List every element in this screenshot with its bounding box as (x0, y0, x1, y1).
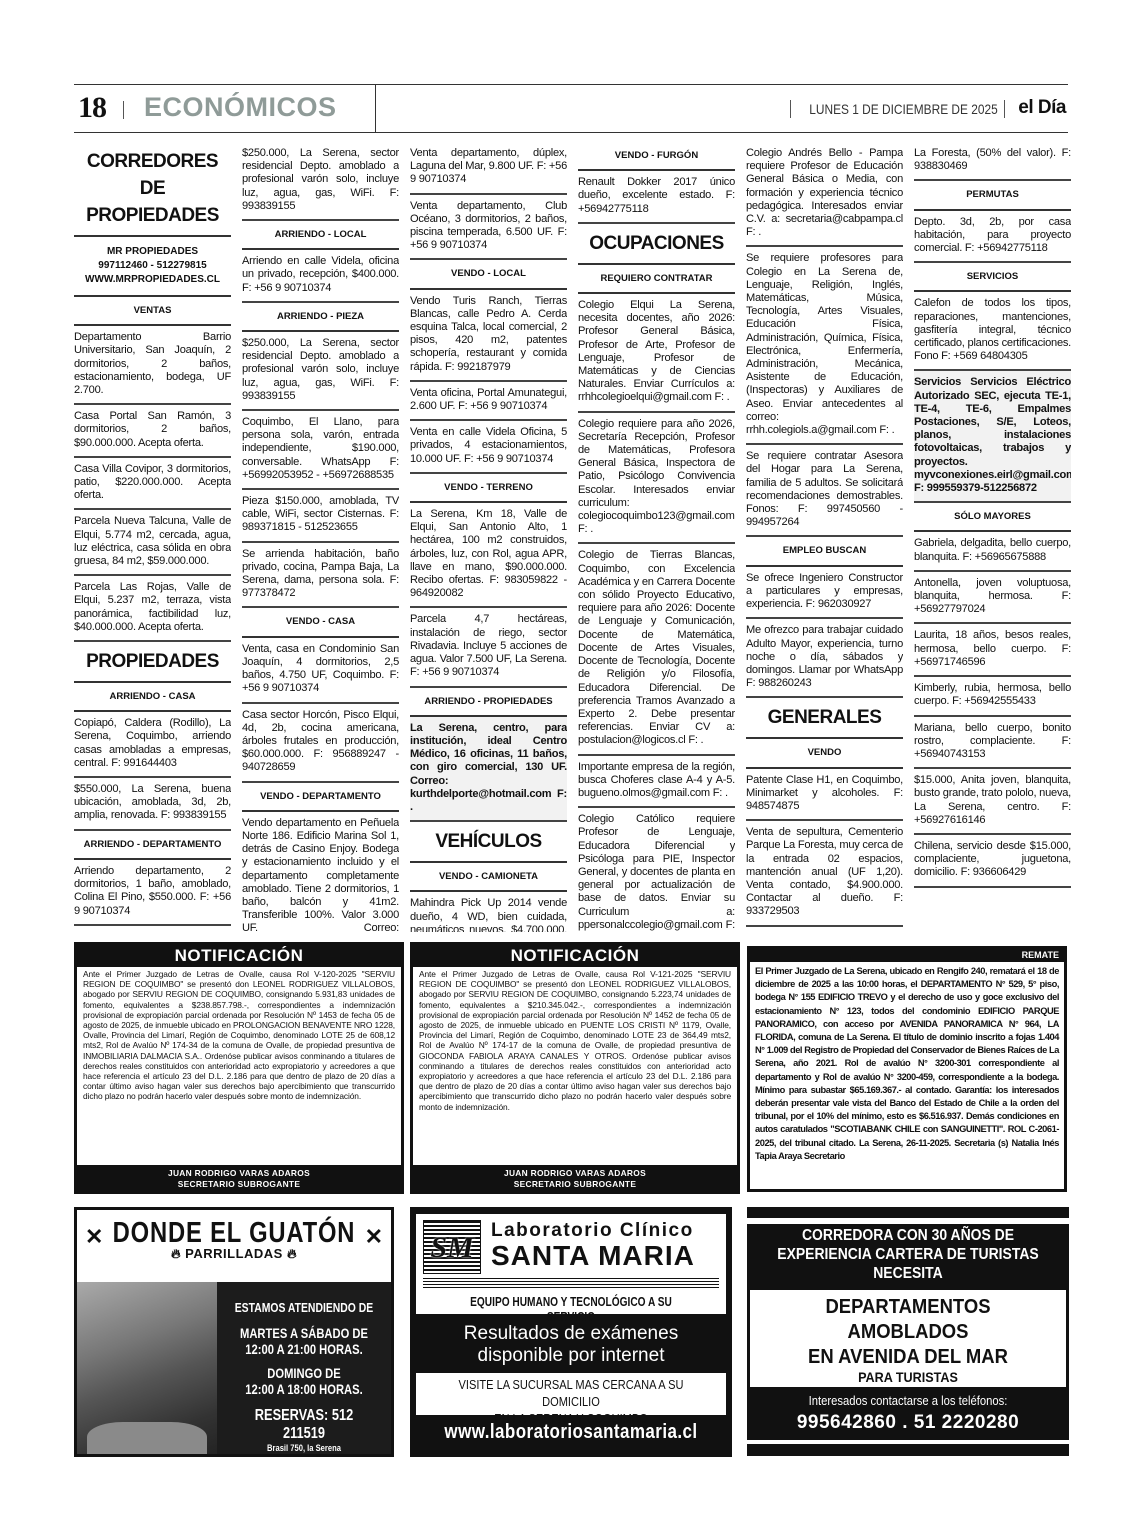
contact-phones: 995642860 . 51 2220280 (747, 1412, 1069, 1434)
crossed-utensils-icon: ✕ (365, 1224, 383, 1250)
classified-ad: Venta, casa en Condominio San Joaquín, 4… (242, 638, 399, 704)
classified-ad: Importante empresa de la región, busca C… (578, 756, 735, 809)
classified-ad: Renault Dokker 2017 único dueño, excelen… (578, 171, 735, 224)
lab-name-line2: SANTA MARIA (491, 1240, 695, 1272)
category-heading: REQUIERO CONTRATAR (578, 265, 735, 294)
divider (375, 85, 376, 133)
classified-ad: Copiapó, Caldera (Rodillo), La Serena, C… (74, 712, 231, 778)
ad-brand: DONDE EL GUATÓN (105, 1210, 362, 1250)
category-heading: EMPLEO BUSCAN (746, 537, 903, 566)
category-heading: VENDO - CAMIONETA (410, 863, 567, 892)
notice-body: Ante el Primer Juzgado de Letras de Oval… (77, 967, 401, 1165)
classified-column-6: La Foresta, (50% del valor). F: 93883046… (914, 142, 1071, 932)
category-heading: VENDO (746, 739, 903, 768)
classified-ad: Parcela Nueva Talcuna, Valle de Elqui, 5… (74, 510, 231, 576)
category-heading: SÓLO MAYORES (914, 503, 1071, 532)
ad-corredora-turistas: CORREDORA CON 30 AÑOS DE EXPERIENCIA CAR… (747, 1207, 1069, 1457)
section-heading: CORREDORES DE PROPIEDADES (74, 142, 231, 237)
classified-ad: $250.000, La Serena, sector residencial … (242, 332, 399, 411)
hours-sunday-days: DOMINGO DE (234, 1365, 373, 1381)
category-heading: VENDO - TERRENO (410, 474, 567, 503)
section-title: ECONÓMICOS (144, 92, 337, 123)
classified-column-5: Colegio Andrés Bello - Pampa requiere Pr… (746, 142, 903, 932)
classified-ad: Colegio Católico requiere Profesor de Le… (578, 808, 735, 932)
classified-ad: Vendo departamento en Peñuela Norte 186.… (242, 812, 399, 932)
classified-ad: Pieza $150.000, amoblada, TV cable, WiFi… (242, 490, 399, 543)
category-heading: VENTAS (74, 297, 231, 326)
classified-ad-featured: Servicios Servicios Eléctrico Autorizado… (914, 371, 1071, 503)
classified-ad: Departamento Barrio Universitario, San J… (74, 326, 231, 405)
page-header: 18 ECONÓMICOS LUNES 1 DE DICIEMBRE DE 20… (74, 84, 1068, 133)
visit-line1: VISITE LA SUCURSAL MAS CERCANA A SU DOMI… (439, 1376, 703, 1410)
legal-notice-2: NOTIFICACIÓN Ante el Primer Juzgado de L… (410, 942, 740, 1194)
classified-ad: Se requiere contratar Asesora del Hogar … (746, 445, 903, 537)
agency-contact-line: 997112460 - 512279815 (74, 259, 231, 273)
category-heading: VENDO - DEPARTAMENTO (242, 783, 399, 812)
results-line2: disponible por internet (413, 1345, 729, 1367)
notice-signer: JUAN RODRIGO VARAS ADAROS (413, 1168, 737, 1179)
main-line3: PARA TURISTAS (766, 1369, 1050, 1385)
lab-website: www.laboratoriosantamaria.cl (437, 1421, 706, 1444)
category-heading: ARRIENDO - PROPIEDADES (410, 688, 567, 717)
classified-ad: Venta departamento, Club Océano, 3 dormi… (410, 195, 567, 261)
classified-ad: $250.000, La Serena, sector residencial … (242, 142, 399, 221)
classified-ad: Venta en calle Videla Oficina, 5 privado… (410, 421, 567, 474)
classified-ad: Laurita, 18 años, besos reales, hermosa,… (914, 624, 1071, 677)
ad-laboratorio-santa-maria: SM Laboratorio Clínico SANTA MARIA EQUIP… (410, 1207, 732, 1457)
category-heading: ARRIENDO - LOCAL (242, 221, 399, 250)
classified-ad: La Serena, Km 18, Valle de Elqui, San An… (410, 503, 567, 608)
auction-notice: REMATE El Primer Juzgado de La Serena, u… (747, 946, 1067, 1192)
grilled-meat-photo (77, 1282, 217, 1457)
category-heading: ARRIENDO - PIEZA (242, 303, 399, 332)
decorative-stripes (423, 1278, 719, 1288)
classified-ad: Arriendo departamento, 2 dormitorios, 1 … (74, 860, 231, 926)
notice-role: SECRETARIO SUBROGANTE (77, 1179, 401, 1190)
classified-ad: Vendo sepultura, 4 capacidades más reduc… (746, 927, 903, 932)
category-heading: ARRIENDO - CASA (74, 683, 231, 712)
headline-line2: EXPERIENCIA CARTERA DE TURISTAS (763, 1245, 1053, 1264)
classified-ad: Vendo Turis Ranch, Tierras Blancas, call… (410, 290, 567, 382)
sm-monogram-logo: SM (423, 1220, 481, 1274)
hours-intro: ESTAMOS ATENDIENDO DE (234, 1300, 373, 1315)
category-heading: PERMUTAS (914, 181, 1071, 210)
decorative-band (747, 1207, 1069, 1218)
lab-name-line1: Laboratorio Clínico (491, 1220, 694, 1242)
classified-ad: $550.000, La Serena, buena ubicación, am… (74, 778, 231, 831)
decorative-band (747, 1444, 1069, 1456)
classified-ad: Colegio requiere para año 2026, Secretar… (578, 413, 735, 545)
agency-contact-line: MR PROPIEDADES (74, 245, 231, 259)
publication-logo: el Día (1018, 97, 1066, 119)
classified-ad: Me ofrezco para trabajar cuidado Adulto … (746, 619, 903, 698)
headline-line1: CORREDORA CON 30 AÑOS DE (763, 1226, 1053, 1245)
classified-ad: Chilena, servicio desde $15.000, complac… (914, 835, 1071, 888)
classified-ad: La Foresta, (50% del valor). F: 93883046… (914, 142, 1071, 181)
section-heading: VEHÍCULOS (410, 822, 567, 863)
issue-date: LUNES 1 DE DICIEMBRE DE 2025 (810, 101, 998, 117)
results-line1: Resultados de exámenes (413, 1323, 729, 1345)
page-number: 18 (78, 91, 106, 125)
divider (123, 101, 124, 119)
classified-ad: Venta oficina, Portal Amunategui, 2.600 … (410, 382, 567, 421)
ad-hours-panel: ESTAMOS ATENDIENDO DE MARTES A SÁBADO DE… (217, 1282, 391, 1457)
main-line1: DEPARTAMENTOS AMOBLADOS (766, 1294, 1050, 1344)
category-heading: VENDO - FURGÓN (578, 142, 735, 171)
classified-ad: Arriendo en calle Videla, oficina un pri… (242, 250, 399, 303)
classified-ad: Calefon de todos los tipos, reparaciones… (914, 292, 1071, 371)
classified-ad: Mahindra Pick Up 2014 vende dueño, 4 WD,… (410, 892, 567, 932)
notice-signer: JUAN RODRIGO VARAS ADAROS (77, 1168, 401, 1179)
classified-ad: Casa sector Horcón, Pisco Elqui, 4d, 2b,… (242, 704, 399, 783)
auction-body: El Primer Juzgado de La Serena, ubicado … (750, 962, 1064, 1166)
hours-weekday-days: MARTES A SÁBADO DE (234, 1325, 373, 1341)
classified-ad: Arriendo departamento, 3 dormitorios, 2 … (74, 926, 231, 932)
category-heading: VENDO - LOCAL (410, 260, 567, 289)
classified-ad: Gabriela, delgadita, bello cuerpo, blanq… (914, 532, 1071, 571)
category-heading: ARRIENDO - DEPARTAMENTO (74, 831, 231, 860)
legal-notice-1: NOTIFICACIÓN Ante el Primer Juzgado de L… (74, 942, 404, 1194)
hours-sunday-time: 12:00 A 18:00 HORAS. (234, 1381, 373, 1397)
notice-body: Ante el Primer Juzgado de Letras de Oval… (413, 967, 737, 1165)
notice-signature: JUAN RODRIGO VARAS ADAROS SECRETARIO SUB… (413, 1165, 737, 1192)
classified-ad: Colegio Elqui La Serena, necesita docent… (578, 294, 735, 413)
classified-column-2: $250.000, La Serena, sector residencial … (242, 142, 399, 932)
reservations-phone: RESERVAS: 512 211519 (234, 1407, 373, 1443)
ad-donde-el-guaton: ✕ DONDE EL GUATÓN 🔥︎ PARRILLADAS 🔥︎ ✕ ES… (74, 1207, 394, 1457)
auction-label: REMATE (750, 949, 1064, 962)
hours-weekday-time: 12:00 A 21:00 HORAS. (234, 1341, 373, 1357)
classified-column-3: Venta departamento, dúplex, Laguna del M… (410, 142, 567, 932)
classified-column-1: CORREDORES DE PROPIEDADESMR PROPIEDADES9… (74, 142, 231, 932)
main-line2: EN AVENIDA DEL MAR (766, 1344, 1050, 1369)
classified-ad: Venta departamento, dúplex, Laguna del M… (410, 142, 567, 195)
classified-ad: Casa Portal San Ramón, 3 dormitorios, 2 … (74, 405, 231, 458)
agency-contact: MR PROPIEDADES997112460 - 512279815WWW.M… (74, 237, 231, 297)
section-heading: OCUPACIONES (578, 224, 735, 265)
classified-ad: Casa Villa Covipor, 3 dormitorios, patio… (74, 458, 231, 511)
notice-title: NOTIFICACIÓN (77, 945, 401, 967)
classified-ad: Coquimbo, El Llano, para persona sola, v… (242, 411, 399, 490)
classified-ad: Colegio Andrés Bello - Pampa requiere Pr… (746, 142, 903, 247)
classified-ad: Antonella, joven voluptuosa, blanquita, … (914, 572, 1071, 625)
notice-title: NOTIFICACIÓN (413, 945, 737, 967)
classified-ad: Mariana, bello cuerpo, bonito rostro, co… (914, 717, 1071, 770)
ad-address: Brasil 750, la Serena (234, 1443, 373, 1454)
classified-ad: Patente Clase H1, en Coquimbo, Minimarke… (746, 769, 903, 822)
classified-ad: Kimberly, rubia, hermosa, bello cuerpo. … (914, 677, 1071, 716)
visit-box: VISITE LA SUCURSAL MAS CERCANA A SU DOMI… (416, 1373, 726, 1415)
classified-ad: Venta de sepultura, Cementerio Parque La… (746, 821, 903, 926)
crossed-utensils-icon: ✕ (85, 1224, 103, 1250)
section-heading: GENERALES (746, 698, 903, 739)
classified-ad: Se ofrece Ingeniero Constructor a partic… (746, 567, 903, 620)
section-heading: PROPIEDADES (74, 642, 231, 683)
classified-ad: Se requiere profesores para Colegio en L… (746, 247, 903, 445)
headline-line3: NECESITA (763, 1264, 1053, 1283)
classified-ad: $15.000, Anita joven, blanquita, busto g… (914, 769, 1071, 835)
contact-label: Interesados contactarse a los teléfonos: (763, 1394, 1053, 1408)
classified-ad-featured: La Serena, centro, para institución, ide… (410, 717, 567, 822)
classified-column-4: VENDO - FURGÓNRenault Dokker 2017 único … (578, 142, 735, 932)
category-heading: SERVICIOS (914, 263, 1071, 292)
lab-slogan: EQUIPO HUMANO Y TECNOLÓGICO A SU SERVICI… (450, 1294, 692, 1324)
classified-ad: Se arrienda habitación, baño privado, co… (242, 543, 399, 609)
classified-ad: Depto. 3d, 2b, por casa habitación, para… (914, 211, 1071, 264)
agency-contact-line: WWW.MRPROPIEDADES.CL (74, 273, 231, 287)
notice-signature: JUAN RODRIGO VARAS ADAROS SECRETARIO SUB… (77, 1165, 401, 1192)
category-heading: VENDO - CASA (242, 608, 399, 637)
divider (1004, 100, 1005, 118)
classified-ad: Parcela Las Rojas, Valle de Elqui, 5.237… (74, 576, 231, 642)
classified-ad: Colegio de Tierras Blancas, Coquimbo, co… (578, 544, 735, 755)
classified-ad: Parcela 4,7 hectáreas, instalación de ri… (410, 608, 567, 687)
notice-role: SECRETARIO SUBROGANTE (413, 1179, 737, 1190)
divider (790, 100, 791, 118)
